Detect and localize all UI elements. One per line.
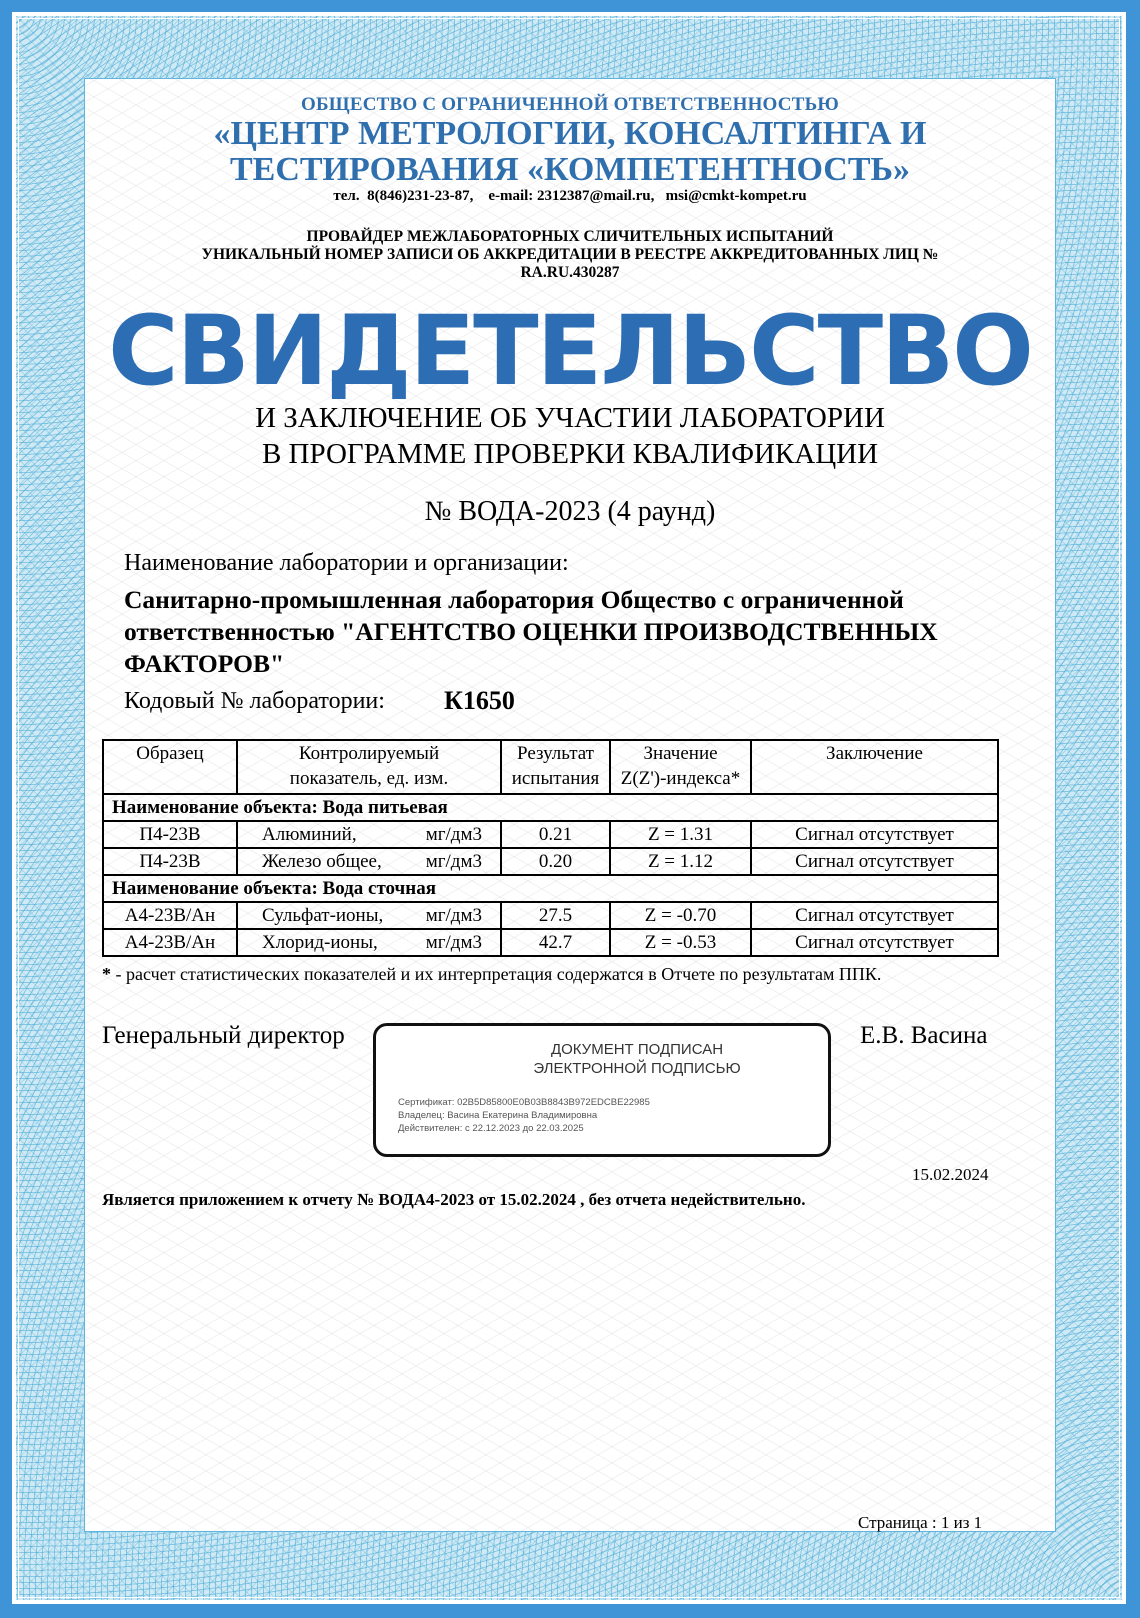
- table-row: П4-23В Железо общее,мг/дм3 0.20 Z = 1.12…: [103, 848, 998, 875]
- table-row: А4-23В/Ан Хлорид-ионы,мг/дм3 42.7 Z = -0…: [103, 929, 998, 956]
- appendix-note: Является приложением к отчету № ВОДА4-20…: [102, 1190, 805, 1210]
- cell-result: 27.5: [501, 902, 610, 929]
- section-title: Наименование объекта: Вода сточная: [103, 875, 998, 902]
- table-row: П4-23В Алюминий,мг/дм3 0.21 Z = 1.31 Сиг…: [103, 821, 998, 848]
- signatory-name: Е.В. Васина: [860, 1022, 987, 1050]
- cell-z: Z = 1.31: [610, 821, 751, 848]
- stamp-title: ДОКУМЕНТ ПОДПИСАН ЭЛЕКТРОННОЙ ПОДПИСЬЮ: [376, 1040, 828, 1078]
- header-z-index: ЗначениеZ(Z')-индекса*: [610, 740, 751, 794]
- subtitle-line2: В ПРОГРАММЕ ПРОВЕРКИ КВАЛИФИКАЦИИ: [0, 436, 1140, 472]
- org-name-line2: ТЕСТИРОВАНИЯ «КОМПЕТЕНТНОСТЬ»: [0, 152, 1140, 188]
- electronic-signature-stamp: ДОКУМЕНТ ПОДПИСАН ЭЛЕКТРОННОЙ ПОДПИСЬЮ С…: [373, 1023, 831, 1157]
- header-parameter: Контролируемыйпоказатель, ед. изм.: [237, 740, 501, 794]
- cell-result: 42.7: [501, 929, 610, 956]
- subtitle-line1: И ЗАКЛЮЧЕНИЕ ОБ УЧАСТИИ ЛАБОРАТОРИИ: [0, 400, 1140, 436]
- cell-parameter: Железо общее,мг/дм3: [237, 848, 501, 875]
- cell-sample: П4-23В: [103, 821, 237, 848]
- header-conclusion: Заключение: [751, 740, 998, 794]
- stamp-validity: Действителен: с 22.12.2023 до 22.03.2025: [398, 1122, 650, 1135]
- header-result: Результатиспытания: [501, 740, 610, 794]
- table-footnote: * - расчет статистических показателей и …: [102, 964, 881, 985]
- cell-parameter: Алюминий,мг/дм3: [237, 821, 501, 848]
- stamp-line2: ЭЛЕКТРОННОЙ ПОДПИСЬЮ: [446, 1059, 828, 1078]
- stamp-line1: ДОКУМЕНТ ПОДПИСАН: [446, 1040, 828, 1059]
- cell-z: Z = -0.70: [610, 902, 751, 929]
- cell-sample: А4-23В/Ан: [103, 902, 237, 929]
- cell-conclusion: Сигнал отсутствует: [751, 848, 998, 875]
- program-number: № ВОДА-2023 (4 раунд): [0, 496, 1140, 528]
- org-type: ОБЩЕСТВО С ОГРАНИЧЕННОЙ ОТВЕТСТВЕННОСТЬЮ: [0, 94, 1140, 116]
- issue-date: 15.02.2024: [912, 1165, 989, 1185]
- page-number: Страница : 1 из 1: [858, 1513, 982, 1533]
- lab-code: К1650: [444, 686, 515, 716]
- cell-sample: П4-23В: [103, 848, 237, 875]
- cell-parameter: Сульфат-ионы,мг/дм3: [237, 902, 501, 929]
- table-row: А4-23В/Ан Сульфат-ионы,мг/дм3 27.5 Z = -…: [103, 902, 998, 929]
- section-title: Наименование объекта: Вода питьевая: [103, 794, 998, 821]
- org-contacts: тел. 8(846)231-23-87, e-mail: 2312387@ma…: [0, 188, 1140, 205]
- provider-line1: ПРОВАЙДЕР МЕЖЛАБОРАТОРНЫХ СЛИЧИТЕЛЬНЫХ И…: [0, 228, 1140, 246]
- cell-result: 0.20: [501, 848, 610, 875]
- cell-conclusion: Сигнал отсутствует: [751, 929, 998, 956]
- lab-code-label: Кодовый № лаборатории:: [124, 688, 385, 715]
- cell-result: 0.21: [501, 821, 610, 848]
- stamp-owner: Владелец: Васина Екатерина Владимировна: [398, 1109, 650, 1122]
- signatory-title: Генеральный директор: [102, 1022, 345, 1050]
- results-table: Образец Контролируемыйпоказатель, ед. из…: [102, 739, 999, 957]
- cell-sample: А4-23В/Ан: [103, 929, 237, 956]
- section-row: Наименование объекта: Вода сточная: [103, 875, 998, 902]
- section-row: Наименование объекта: Вода питьевая: [103, 794, 998, 821]
- table-header-row: Образец Контролируемыйпоказатель, ед. из…: [103, 740, 998, 794]
- org-name: «ЦЕНТР МЕТРОЛОГИИ, КОНСАЛТИНГА И ТЕСТИРО…: [0, 116, 1140, 188]
- lab-name-label: Наименование лаборатории и организации:: [124, 550, 569, 577]
- org-name-line1: «ЦЕНТР МЕТРОЛОГИИ, КОНСАЛТИНГА И: [0, 116, 1140, 152]
- provider-line2: УНИКАЛЬНЫЙ НОМЕР ЗАПИСИ ОБ АККРЕДИТАЦИИ …: [0, 246, 1140, 264]
- header-sample: Образец: [103, 740, 237, 794]
- provider-info: ПРОВАЙДЕР МЕЖЛАБОРАТОРНЫХ СЛИЧИТЕЛЬНЫХ И…: [0, 228, 1140, 282]
- certificate-subtitle: И ЗАКЛЮЧЕНИЕ ОБ УЧАСТИИ ЛАБОРАТОРИИ В ПР…: [0, 400, 1140, 472]
- accreditation-number: RA.RU.430287: [0, 264, 1140, 282]
- lab-name: Санитарно-промышленная лаборатория Общес…: [124, 584, 1064, 680]
- cell-conclusion: Сигнал отсутствует: [751, 821, 998, 848]
- stamp-certificate: Сертификат: 02B5D85800E0B03B8843B972EDCB…: [398, 1096, 650, 1109]
- cell-parameter: Хлорид-ионы,мг/дм3: [237, 929, 501, 956]
- stamp-details: Сертификат: 02B5D85800E0B03B8843B972EDCB…: [398, 1096, 650, 1135]
- certificate-title: СВИДЕТЕЛЬСТВО: [0, 296, 1140, 406]
- cell-z: Z = 1.12: [610, 848, 751, 875]
- cell-conclusion: Сигнал отсутствует: [751, 902, 998, 929]
- cell-z: Z = -0.53: [610, 929, 751, 956]
